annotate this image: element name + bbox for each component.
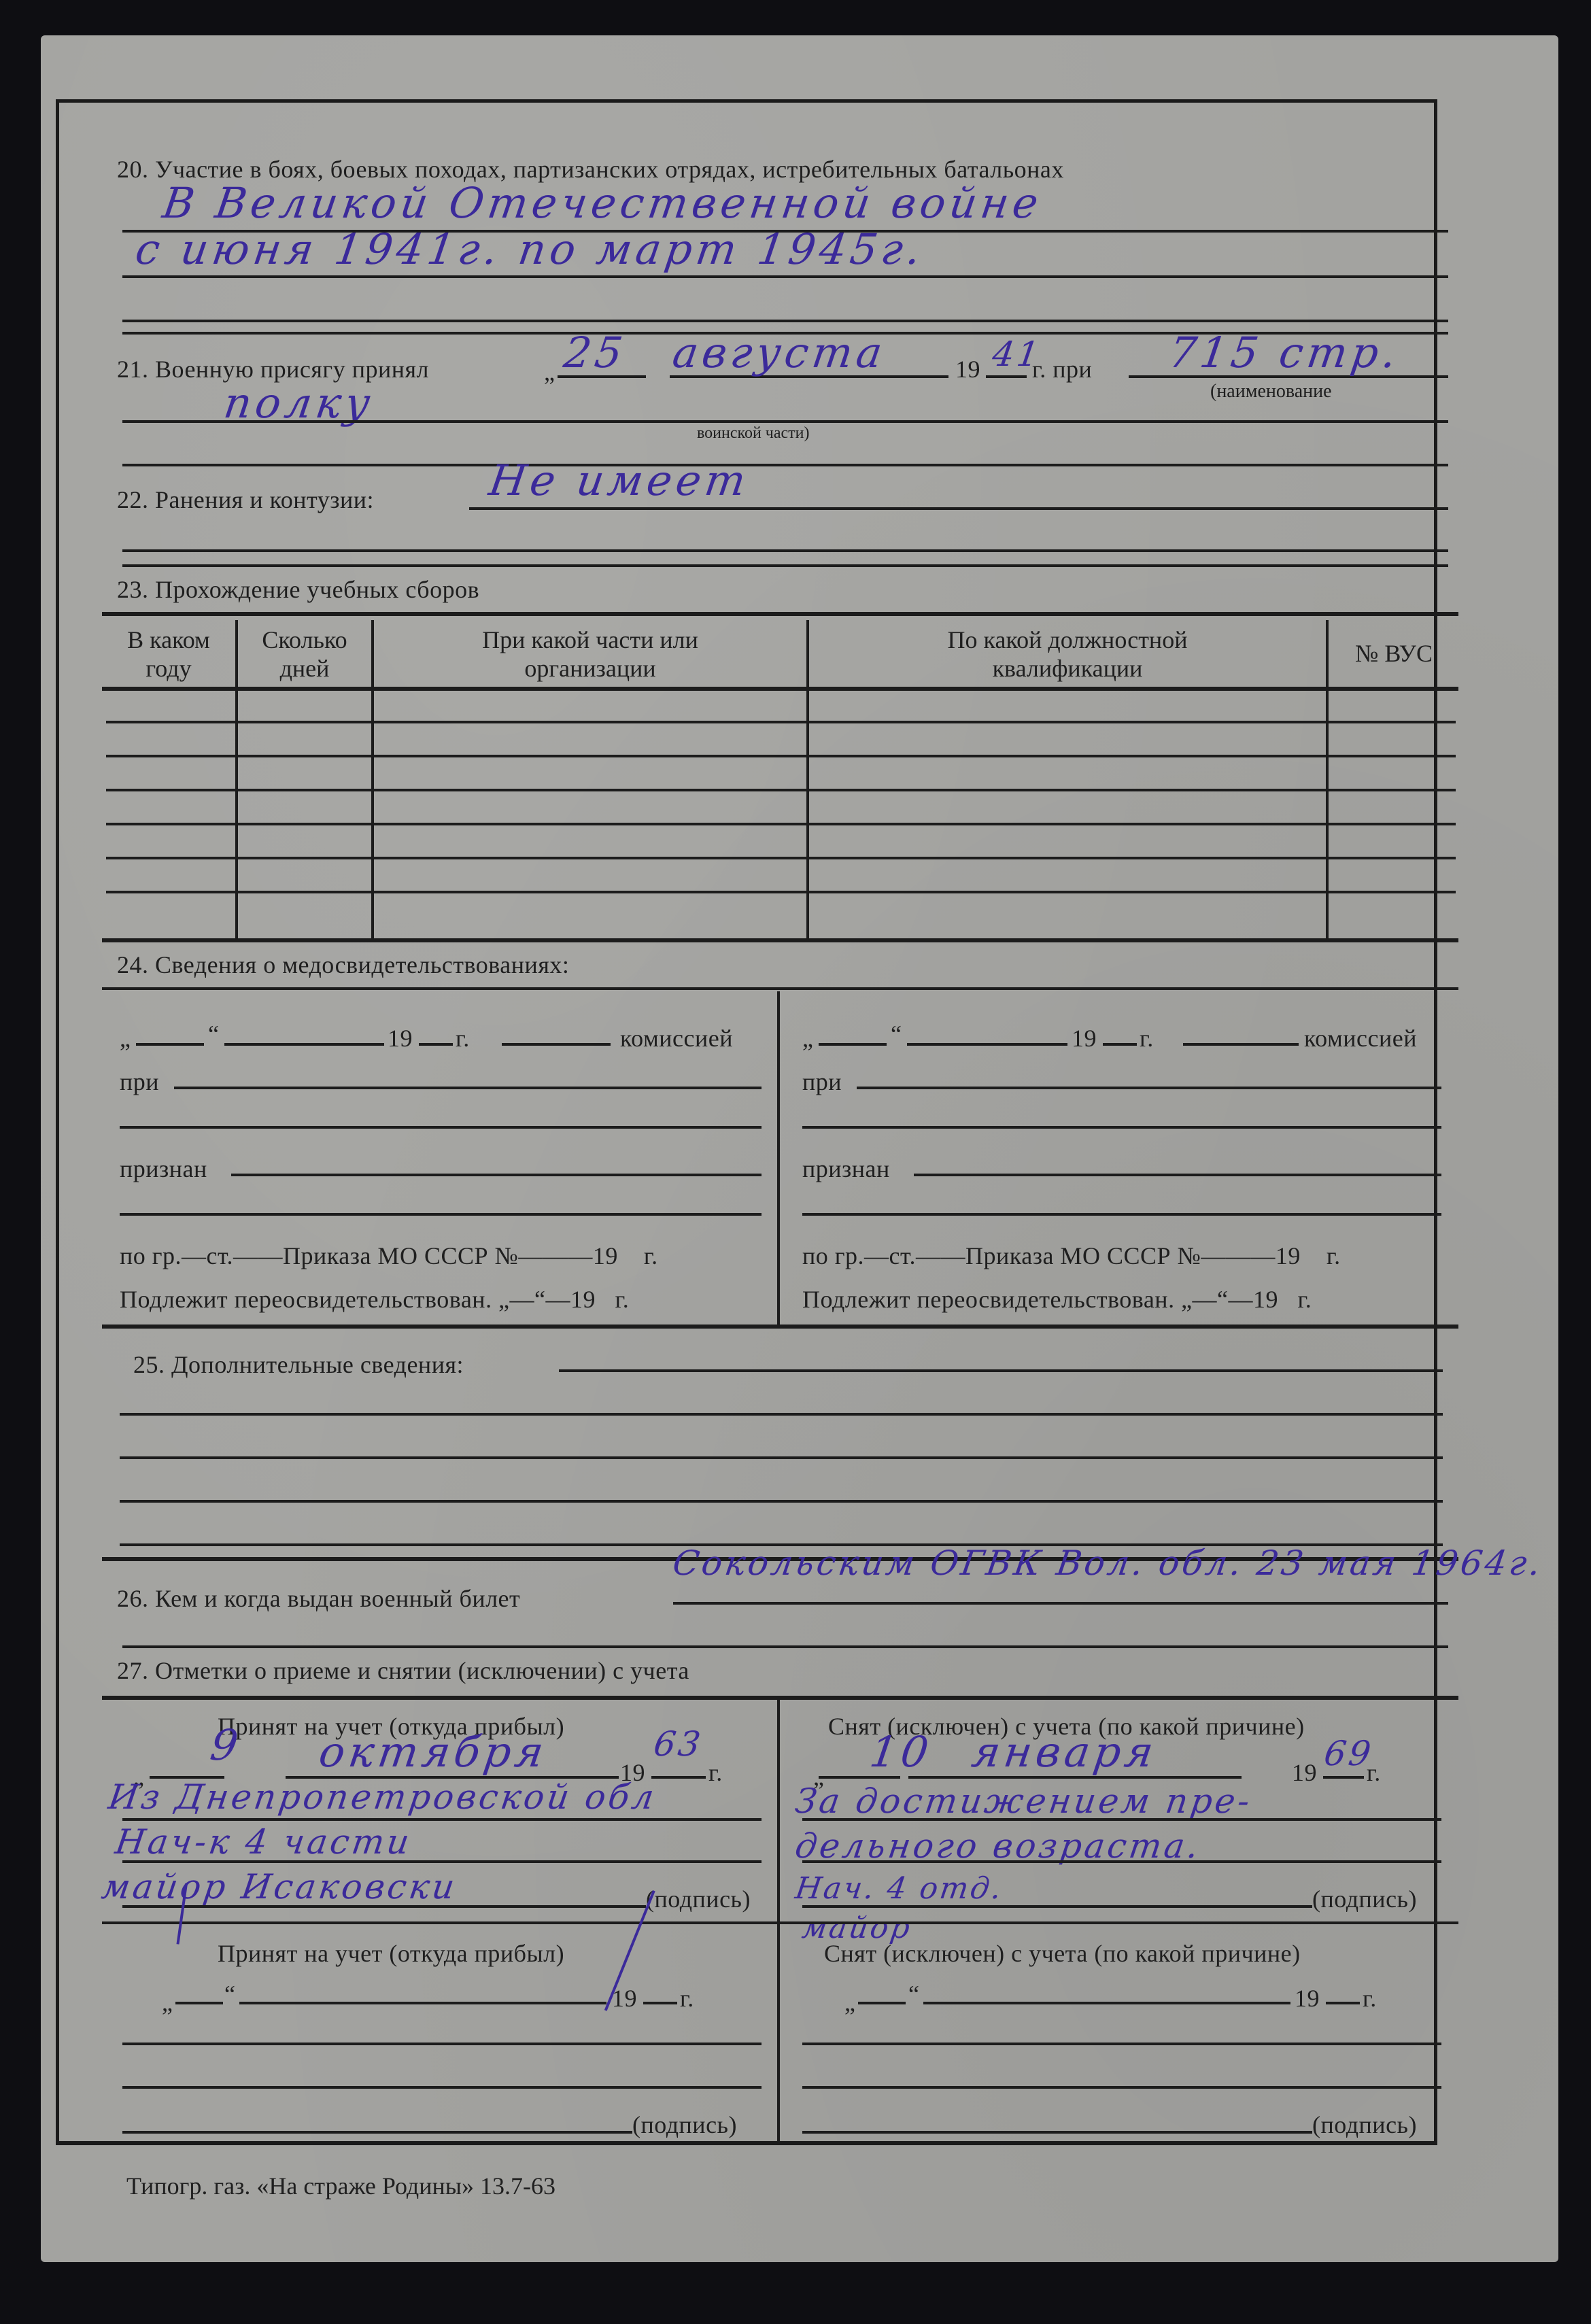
section-25-rule-4	[120, 1500, 1443, 1503]
section-20-handwritten-line-2: с июня 1941г. по март 1945г.	[133, 224, 928, 274]
col-header-year: В каком году	[103, 626, 234, 683]
removed-2-title: Снят (исключен) с учета (по какой причин…	[824, 1939, 1301, 1968]
military-id-issued-value: Сокольским ОГВК Вол. обл. 23 мая 1964г.	[670, 1543, 1545, 1583]
removed-2-signature-line	[802, 2131, 1312, 2134]
med-left-quote-close: “	[208, 1020, 219, 1048]
med-right-quote-close: “	[891, 1020, 902, 1048]
med-right-at-line	[857, 1087, 1441, 1089]
accepted-2-quote-open: „	[162, 1988, 173, 2017]
table-row	[106, 721, 1456, 723]
med-right-line-2	[802, 1126, 1441, 1129]
med-right-at: при	[802, 1067, 842, 1096]
table-row	[106, 755, 1456, 757]
section-20-rule-2	[122, 275, 1448, 278]
section-25-rule-3	[120, 1456, 1443, 1459]
section-24-rule	[102, 987, 1458, 990]
col-header-vus: № ВУС	[1329, 639, 1458, 668]
accepted-2-title: Принят на учет (откуда прибыл)	[218, 1939, 564, 1968]
accepted-2-year-line	[643, 2002, 677, 2004]
oath-unit-value: 715 стр.	[1166, 328, 1403, 377]
accepted-2-line-3	[122, 2086, 762, 2089]
section-25-rule-1	[559, 1369, 1443, 1372]
table-row	[106, 891, 1456, 893]
section-25-rule-2	[120, 1413, 1443, 1416]
removed-1-signature-caption: (подпись)	[1312, 1885, 1417, 1913]
med-left-month-line	[224, 1043, 384, 1046]
accepted-2-day-line	[175, 2002, 223, 2004]
section-21-quote-open: „	[544, 358, 555, 386]
accepted-2-line-2	[122, 2043, 762, 2045]
med-left-year-suffix: г.	[456, 1024, 470, 1053]
med-left-at: при	[120, 1067, 159, 1096]
section-24-bottom	[102, 1325, 1458, 1329]
removed-1-year-prefix: 19	[1292, 1758, 1317, 1787]
med-right-year-line	[1103, 1043, 1137, 1046]
med-left-recheck: Подлежит переосвидетельствован. „—“—19 г…	[120, 1285, 629, 1314]
removed-2-quote-close: “	[908, 1980, 919, 2009]
med-right-month-line	[907, 1043, 1067, 1046]
removed-2-quote-open: „	[844, 1988, 855, 2017]
accepted-1-year-suffix: г.	[708, 1758, 723, 1787]
wounds-value: Не имеет	[486, 456, 753, 505]
section-27-label: 27. Отметки о приеме и снятии (исключени…	[117, 1656, 689, 1685]
med-left-commission-line	[502, 1043, 611, 1046]
oath-unit-caption-1: (наименование	[1210, 381, 1332, 403]
section-20-handwritten-line-1: В Великой Отечественной войне	[160, 178, 1046, 228]
removed-1-year-line	[1323, 1776, 1364, 1779]
removed-1-signature-line	[802, 1905, 1312, 1908]
section-21-rule-2	[122, 420, 1448, 423]
col-header-organization: При какой части или организации	[374, 626, 806, 683]
section-26-rule-2	[122, 1645, 1448, 1648]
printer-imprint: Типогр. газ. «На страже Родины» 13.7-63	[126, 2172, 555, 2200]
oath-year-line	[986, 375, 1027, 378]
accepted-1-signature-line	[122, 1905, 646, 1908]
removed-1-year-suffix: г.	[1367, 1758, 1381, 1787]
med-right-recheck: Подлежит переосвидетельствован. „—“—19 г…	[802, 1285, 1312, 1314]
removed-2-month-line	[923, 2002, 1290, 2004]
accepted-1-origin-value: Из Днепропетровской обл	[106, 1777, 659, 1817]
oath-month-value: августа	[670, 328, 889, 377]
removed-1-reason-line-1: За достижением пре-	[793, 1781, 1255, 1821]
med-left-line-4	[120, 1213, 762, 1216]
accepted-1-line-3	[122, 1860, 762, 1863]
accepted-1-official-value: Нач-к 4 части	[113, 1822, 415, 1862]
removed-2-signature-caption: (подпись)	[1312, 2111, 1417, 2139]
removed-2-year-line	[1326, 2002, 1360, 2004]
section-23-table-bottom	[102, 938, 1458, 942]
med-left-recognized-line	[231, 1174, 762, 1176]
section-22-rule-1	[469, 507, 1448, 510]
accepted-2-year-suffix: г.	[680, 1984, 694, 2013]
med-right-recognized: признан	[802, 1155, 890, 1183]
section-24-divider	[777, 991, 780, 1325]
med-right-day-line	[819, 1043, 887, 1046]
removed-2-line-3	[802, 2086, 1441, 2089]
removed-2-year-suffix: г.	[1363, 1984, 1377, 2013]
removed-1-official-value: Нач. 4 отд.	[793, 1871, 1005, 1906]
med-left-at-line	[174, 1087, 762, 1089]
removed-1-line-2	[802, 1818, 1441, 1821]
accepted-2-quote-close: “	[224, 1980, 235, 2009]
med-right-commission-line	[1183, 1043, 1299, 1046]
accepted-2-signature-caption: (подпись)	[632, 2111, 737, 2139]
section-22-rule-2	[122, 549, 1448, 552]
removed-1-line-3	[802, 1860, 1441, 1863]
oath-year-suffix: г. при	[1032, 355, 1092, 383]
med-left-recognized: признан	[120, 1155, 207, 1183]
table-row	[106, 857, 1456, 859]
section-21-rule-3	[122, 464, 1448, 466]
removed-1-day-value: 10	[867, 1727, 936, 1777]
section-20-rule-3	[122, 320, 1448, 322]
med-right-order: по гр.—ст.——Приказа МО СССР №———19 г.	[802, 1242, 1341, 1270]
section-26-rule-1	[673, 1602, 1448, 1605]
section-24-label: 24. Сведения о медосвидетельствованиях:	[117, 951, 569, 979]
med-left-quote-open: „	[120, 1024, 131, 1053]
removed-1-month-value: января	[969, 1727, 1161, 1777]
table-row	[106, 789, 1456, 791]
med-right-line-4	[802, 1213, 1441, 1216]
oath-day-value: 25	[561, 328, 630, 377]
section-23-label: 23. Прохождение учебных сборов	[117, 575, 479, 604]
accepted-1-signature-value: майор Исаковски	[99, 1867, 460, 1907]
removed-2-year-prefix: 19	[1295, 1984, 1320, 2013]
med-left-day-line	[136, 1043, 204, 1046]
section-27-top-rule	[102, 1696, 1458, 1700]
accepted-2-signature-line	[122, 2131, 632, 2134]
accepted-1-month-value: октября	[316, 1727, 551, 1777]
section-27-middle-rule	[102, 1921, 1458, 1924]
med-right-year-suffix: г.	[1140, 1024, 1154, 1053]
col-header-qualification: По какой должностной квалификации	[809, 626, 1326, 683]
accepted-1-year-value: 63	[651, 1724, 706, 1764]
section-23-header-bottom	[102, 687, 1458, 691]
section-27-divider	[777, 1700, 780, 2142]
section-22-rule-3	[122, 564, 1448, 567]
accepted-2-month-line	[239, 2002, 606, 2004]
med-left-year: 19	[388, 1024, 413, 1053]
section-23-table-top	[102, 612, 1458, 616]
accepted-1-line-2	[122, 1818, 762, 1821]
removed-2-day-line	[858, 2002, 906, 2004]
med-right-recognized-line	[914, 1174, 1441, 1176]
med-left-line-2	[120, 1126, 762, 1129]
accepted-1-year-line	[651, 1776, 706, 1779]
section-26-label: 26. Кем и когда выдан военный билет	[117, 1584, 520, 1613]
med-right-year: 19	[1072, 1024, 1097, 1053]
removed-2-line-2	[802, 2043, 1441, 2045]
med-right-quote-open: „	[802, 1024, 813, 1053]
section-25-label: 25. Дополнительные сведения:	[133, 1350, 464, 1379]
section-22-label: 22. Ранения и контузии:	[117, 485, 374, 514]
med-right-commission: комиссией	[1304, 1024, 1417, 1053]
med-left-year-line	[419, 1043, 453, 1046]
oath-unit-caption-2: воинской части)	[697, 424, 810, 443]
med-left-commission: комиссией	[620, 1024, 733, 1053]
oath-year-prefix: 19	[955, 355, 980, 383]
table-row	[106, 823, 1456, 825]
med-left-order: по гр.—ст.——Приказа МО СССР №———19 г.	[120, 1242, 658, 1270]
accepted-1-signature-caption: (подпись)	[646, 1885, 751, 1913]
col-header-days: Сколько дней	[238, 626, 371, 683]
